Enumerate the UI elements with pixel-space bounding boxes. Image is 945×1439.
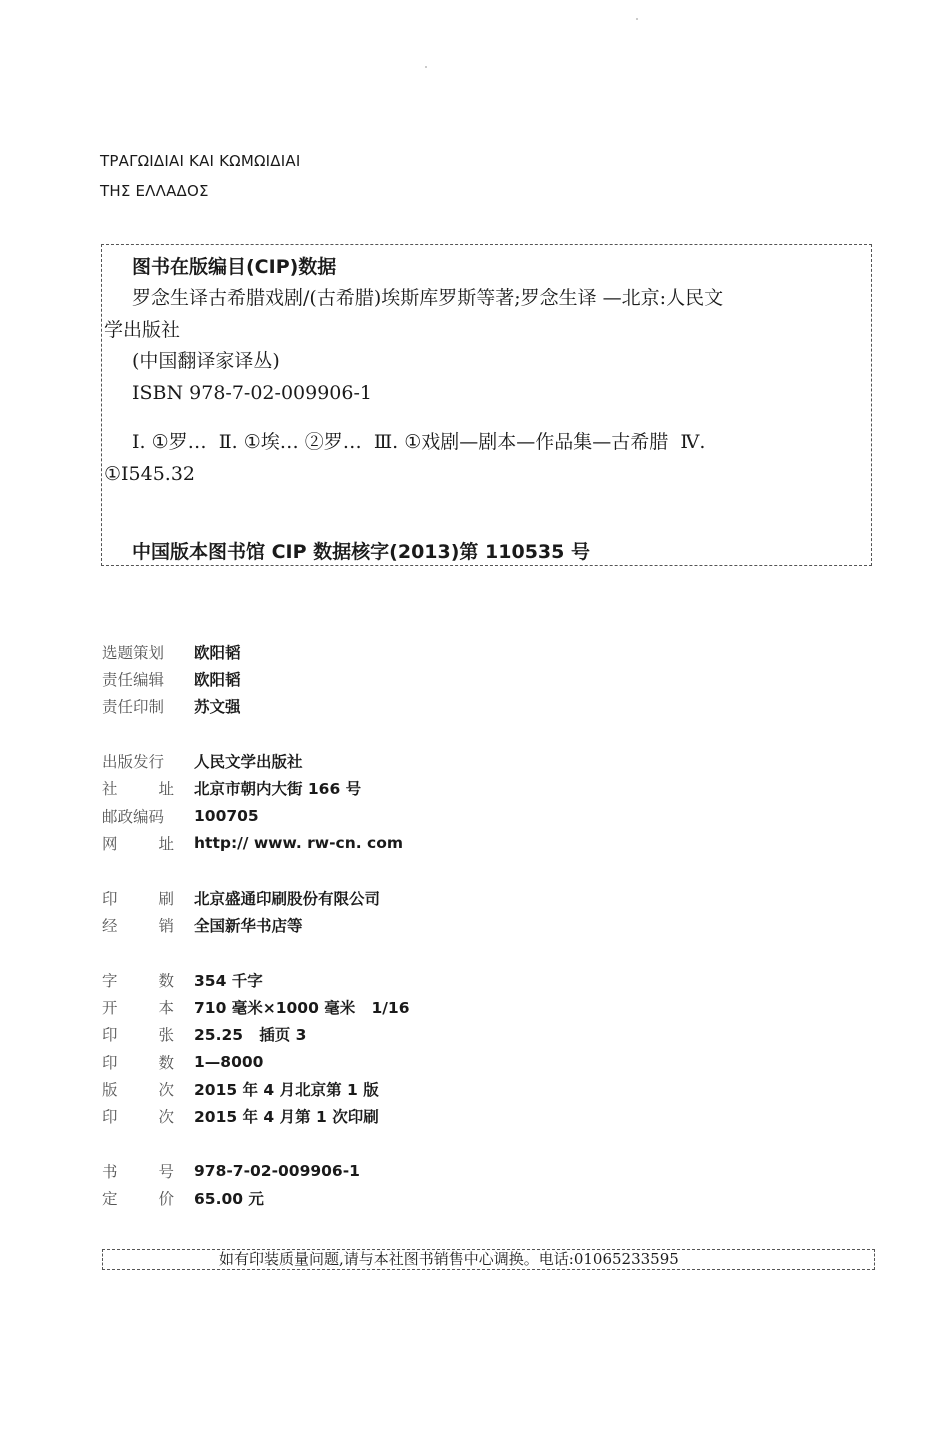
colophon-label-part: 字 <box>102 969 118 991</box>
colophon-value: 25.25 插页 3 <box>194 1023 306 1045</box>
colophon-group: 字数354 千字开本710 毫米×1000 毫米 1/16印张25.25 插页 … <box>102 966 409 1130</box>
colophon-label-part: 址 <box>158 832 174 854</box>
colophon-label: 印次 <box>102 1105 194 1127</box>
colophon-value: 全国新华书店等 <box>194 914 303 936</box>
greek-title-line-2: ΤΗΣ ΕΛΛΑΔΟΣ <box>100 176 300 206</box>
colophon-value: 苏文强 <box>194 695 241 717</box>
colophon: 选题策划欧阳韬责任编辑欧阳韬责任印制苏文强出版发行人民文学出版社社址北京市朝内大… <box>102 638 409 1240</box>
colophon-label: 开本 <box>102 996 194 1018</box>
colophon-label-part: 邮政编码 <box>102 805 164 827</box>
colophon-value: 2015 年 4 月第 1 次印刷 <box>194 1105 379 1127</box>
colophon-label-part: 社 <box>102 777 118 799</box>
colophon-label-part: 责任编辑 <box>102 668 164 690</box>
colophon-label-part: 号 <box>158 1160 174 1182</box>
colophon-value: 2015 年 4 月北京第 1 版 <box>194 1078 379 1100</box>
colophon-label-part: 本 <box>158 996 174 1018</box>
colophon-label-part: 选题策划 <box>102 641 164 663</box>
colophon-label-part: 书 <box>102 1160 118 1182</box>
cip-data-box: 图书在版编目(CIP)数据 罗念生译古希腊戏剧/(古希腊)埃斯库罗斯等著;罗念生… <box>101 244 872 566</box>
colophon-row: 开本710 毫米×1000 毫米 1/16 <box>102 993 409 1020</box>
colophon-label-part: 址 <box>158 777 174 799</box>
colophon-row: 网址http:// www. rw-cn. com <box>102 829 409 856</box>
colophon-label: 印数 <box>102 1051 194 1073</box>
colophon-value: 北京盛通印刷股份有限公司 <box>194 887 380 909</box>
colophon-label-part: 网 <box>102 832 118 854</box>
colophon-label-part: 次 <box>158 1078 174 1100</box>
colophon-value: 710 毫米×1000 毫米 1/16 <box>194 996 409 1018</box>
cip-line-publisher-cont: 学出版社 <box>104 315 866 347</box>
colophon-label-part: 出版发行 <box>102 750 164 772</box>
colophon-value: 978-7-02-009906-1 <box>194 1162 360 1180</box>
colophon-value: 人民文学出版社 <box>194 750 303 772</box>
colophon-label-part: 次 <box>158 1105 174 1127</box>
colophon-label-part: 数 <box>158 969 174 991</box>
colophon-row: 印次2015 年 4 月第 1 次印刷 <box>102 1103 409 1130</box>
colophon-label-part: 价 <box>158 1187 174 1209</box>
cip-line-subjects: Ⅰ. ①罗… Ⅱ. ①埃… ②罗… Ⅲ. ①戏剧—剧本—作品集—古希腊 Ⅳ. <box>104 427 866 459</box>
colophon-row: 字数354 千字 <box>102 966 409 993</box>
colophon-group: 印刷北京盛通印刷股份有限公司经销全国新华书店等 <box>102 884 409 939</box>
colophon-row: 邮政编码100705 <box>102 802 409 829</box>
cip-line-series: (中国翻译家译丛) <box>104 346 866 378</box>
colophon-row: 选题策划欧阳韬 <box>102 638 409 665</box>
colophon-label: 责任编辑 <box>102 668 194 690</box>
colophon-label-part: 定 <box>102 1187 118 1209</box>
colophon-row: 出版发行人民文学出版社 <box>102 747 409 774</box>
colophon-label-part: 刷 <box>158 887 174 909</box>
colophon-value: 1—8000 <box>194 1053 263 1071</box>
greek-title: ΤΡΑΓΩΙΔΙΑΙ ΚΑΙ ΚΩΜΩΙΔΙΑΙ ΤΗΣ ΕΛΛΑΔΟΣ <box>100 146 300 206</box>
colophon-label: 经销 <box>102 914 194 936</box>
cip-approval-number: 中国版本图书馆 CIP 数据核字(2013)第 110535 号 <box>132 537 590 564</box>
colophon-label: 印张 <box>102 1023 194 1045</box>
colophon-row: 印刷北京盛通印刷股份有限公司 <box>102 884 409 911</box>
colophon-row: 书号978-7-02-009906-1 <box>102 1157 409 1184</box>
colophon-value: 354 千字 <box>194 969 263 991</box>
colophon-value: 65.00 元 <box>194 1187 264 1209</box>
quality-notice-text: 如有印装质量问题,请与本社图书销售中心调换。电话:01065233595 <box>219 1250 679 1268</box>
colophon-group: 选题策划欧阳韬责任编辑欧阳韬责任印制苏文强 <box>102 638 409 720</box>
colophon-row: 责任编辑欧阳韬 <box>102 665 409 692</box>
colophon-value: 北京市朝内大街 166 号 <box>194 777 361 799</box>
cip-line-classification: ①I545.32 <box>104 459 866 491</box>
colophon-label: 书号 <box>102 1160 194 1182</box>
quality-notice-box: 如有印装质量问题,请与本社图书销售中心调换。电话:01065233595 <box>102 1249 875 1270</box>
colophon-row: 社址北京市朝内大街 166 号 <box>102 775 409 802</box>
cip-line-title: 罗念生译古希腊戏剧/(古希腊)埃斯库罗斯等著;罗念生译 —北京:人民文 <box>104 283 866 315</box>
colophon-row: 版次2015 年 4 月北京第 1 版 <box>102 1075 409 1102</box>
scan-speck <box>636 18 638 20</box>
colophon-label-part: 数 <box>158 1051 174 1073</box>
colophon-row: 责任印制苏文强 <box>102 693 409 720</box>
colophon-label: 印刷 <box>102 887 194 909</box>
colophon-label-part: 印 <box>102 887 118 909</box>
colophon-label-part: 印 <box>102 1051 118 1073</box>
colophon-label-part: 销 <box>158 914 174 936</box>
colophon-label: 出版发行 <box>102 750 194 772</box>
colophon-label-part: 版 <box>102 1078 118 1100</box>
colophon-label: 邮政编码 <box>102 805 194 827</box>
colophon-value: 欧阳韬 <box>194 668 241 690</box>
colophon-label: 选题策划 <box>102 641 194 663</box>
colophon-label-part: 开 <box>102 996 118 1018</box>
colophon-label: 定价 <box>102 1187 194 1209</box>
colophon-row: 印数1—8000 <box>102 1048 409 1075</box>
colophon-label: 社址 <box>102 777 194 799</box>
colophon-label: 字数 <box>102 969 194 991</box>
cip-body: 罗念生译古希腊戏剧/(古希腊)埃斯库罗斯等著;罗念生译 —北京:人民文 学出版社… <box>104 283 866 490</box>
colophon-group: 书号978-7-02-009906-1定价65.00 元 <box>102 1157 409 1212</box>
colophon-row: 经销全国新华书店等 <box>102 911 409 938</box>
colophon-group: 出版发行人民文学出版社社址北京市朝内大街 166 号邮政编码100705网址ht… <box>102 747 409 856</box>
colophon-label: 版次 <box>102 1078 194 1100</box>
cip-heading: 图书在版编目(CIP)数据 <box>132 252 336 279</box>
colophon-label-part: 张 <box>158 1023 174 1045</box>
colophon-value: http:// www. rw-cn. com <box>194 834 403 852</box>
cip-line-isbn: ISBN 978-7-02-009906-1 <box>104 378 866 410</box>
colophon-label-part: 经 <box>102 914 118 936</box>
colophon-label-part: 责任印制 <box>102 695 164 717</box>
colophon-value: 欧阳韬 <box>194 641 241 663</box>
colophon-value: 100705 <box>194 807 259 825</box>
colophon-label-part: 印 <box>102 1023 118 1045</box>
colophon-row: 定价65.00 元 <box>102 1185 409 1212</box>
colophon-label: 网址 <box>102 832 194 854</box>
colophon-row: 印张25.25 插页 3 <box>102 1021 409 1048</box>
colophon-label-part: 印 <box>102 1105 118 1127</box>
greek-title-line-1: ΤΡΑΓΩΙΔΙΑΙ ΚΑΙ ΚΩΜΩΙΔΙΑΙ <box>100 146 300 176</box>
scan-speck <box>425 66 427 68</box>
colophon-label: 责任印制 <box>102 695 194 717</box>
